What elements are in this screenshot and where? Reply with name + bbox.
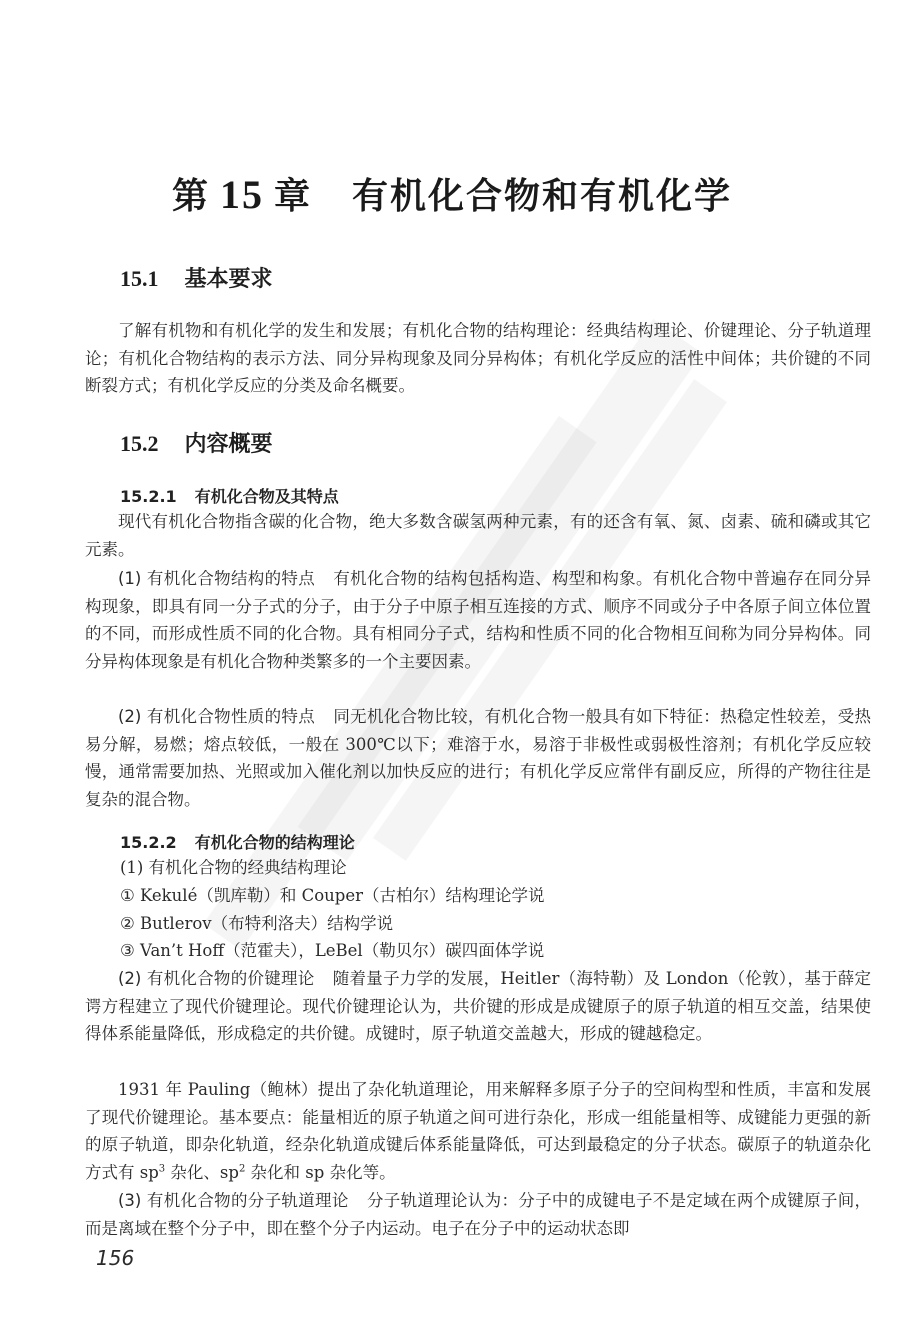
- section-title: 内容概要: [185, 431, 273, 456]
- subsection-number: 15.2.2: [120, 833, 177, 852]
- classic-theory-heading: (1) 有机化合物的经典结构理论: [120, 854, 870, 882]
- section-heading-15-2: 15.2内容概要: [120, 427, 273, 458]
- page-number: 156: [96, 1246, 134, 1270]
- subsection-heading-15-2-2: 15.2.2有机化合物的结构理论: [120, 830, 355, 853]
- paragraph-text: 杂化、sp: [165, 1163, 239, 1182]
- paragraph-lead: (2) 有机化合物的价键理论: [118, 969, 315, 988]
- valence-bond-paragraph: (2) 有机化合物的价键理论随着量子力学的发展，Heitler（海特勒）及 Lo…: [85, 965, 871, 1048]
- section-number: 15.1: [120, 266, 159, 291]
- property-features-paragraph: (2) 有机化合物性质的特点同无机化合物比较，有机化合物一般具有如下特征：热稳定…: [85, 703, 871, 813]
- hybrid-orbital-paragraph: 1931 年 Pauling（鲍林）提出了杂化轨道理论，用来解释多原子分子的空间…: [85, 1076, 871, 1186]
- paragraph-lead: (3) 有机化合物的分子轨道理论: [118, 1191, 349, 1210]
- chapter-name: 有机化合物和有机化学: [352, 176, 732, 217]
- section-title: 基本要求: [185, 266, 273, 291]
- paragraph-lead: (1) 有机化合物结构的特点: [118, 569, 315, 588]
- theory-list-item: ② Butlerov（布特利洛夫）结构学说: [120, 910, 870, 938]
- chapter-title: 第15章有机化合物和有机化学: [0, 168, 904, 219]
- book-page: 第15章有机化合物和有机化学 15.1基本要求 了解有机物和有机化学的发生和发展…: [0, 0, 904, 1329]
- section-heading-15-1: 15.1基本要求: [120, 262, 273, 293]
- organic-compounds-intro: 现代有机化合物指含碳的化合物，绝大多数含碳氢两种元素，有的还含有氧、氮、卤素、硫…: [85, 508, 871, 563]
- theory-list-item: ③ Van’t Hoff（范霍夫），LeBel（勒贝尔）碳四面体学说: [120, 937, 870, 965]
- paragraph-lead: (2) 有机化合物性质的特点: [118, 707, 315, 726]
- subsection-title: 有机化合物及其特点: [195, 487, 339, 506]
- chapter-suffix: 章: [274, 176, 312, 217]
- subsection-title: 有机化合物的结构理论: [195, 833, 355, 852]
- chapter-prefix: 第: [172, 176, 210, 217]
- molecular-orbital-paragraph: (3) 有机化合物的分子轨道理论分子轨道理论认为：分子中的成键电子不是定域在两个…: [85, 1187, 871, 1242]
- paragraph-text: 杂化和 sp 杂化等。: [245, 1163, 395, 1182]
- subsection-heading-15-2-1: 15.2.1有机化合物及其特点: [120, 484, 339, 507]
- subsection-number: 15.2.1: [120, 487, 177, 506]
- structure-features-paragraph: (1) 有机化合物结构的特点有机化合物的结构包括构造、构型和构象。有机化合物中普…: [85, 565, 871, 675]
- chapter-number: 15: [220, 172, 264, 217]
- section-number: 15.2: [120, 431, 159, 456]
- requirements-paragraph: 了解有机物和有机化学的发生和发展；有机化合物的结构理论：经典结构理论、价键理论、…: [85, 317, 871, 400]
- theory-list-item: ① Kekulé（凯库勒）和 Couper（古柏尔）结构理论学说: [120, 882, 870, 910]
